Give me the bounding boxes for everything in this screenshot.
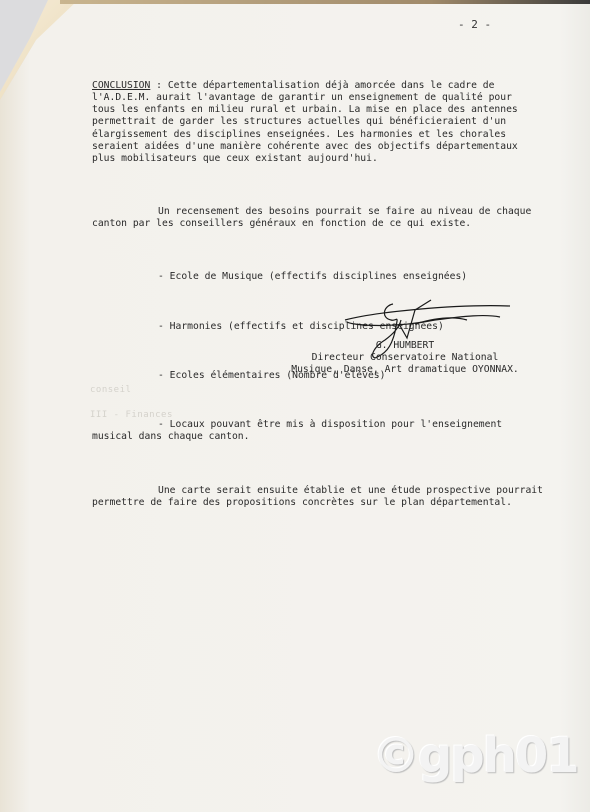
signatory-title: Directeur Conservatoire National [312,352,499,363]
signatory-subtitle: Musique, Danse, Art dramatique OYONNAX. [291,364,518,375]
bleed-through-text: III - Finances [90,410,173,420]
carte-paragraph: Une carte serait ensuite établie et une … [92,485,562,509]
recensement-paragraph: Un recensement des besoins pourrait se f… [92,206,562,230]
bleed-through-text: conseil [90,385,131,395]
page-number: - 2 - [458,18,491,31]
conclusion-heading: CONCLUSION [92,80,150,91]
signature-block: G. HUMBERT Directeur Conservatoire Natio… [280,340,530,376]
document-page: - 2 - CONCLUSION : Cette départementalis… [0,0,590,812]
copyright-watermark: ©gph01 [372,728,578,784]
scan-top-edge [60,0,590,4]
conclusion-paragraph: CONCLUSION : Cette départementalisation … [92,80,562,165]
locaux-paragraph: - Locaux pouvant être mis à disposition … [92,419,562,443]
signatory-name: G. HUMBERT [376,340,434,351]
list-item: - Ecole de Musique (effectifs discipline… [92,271,562,283]
